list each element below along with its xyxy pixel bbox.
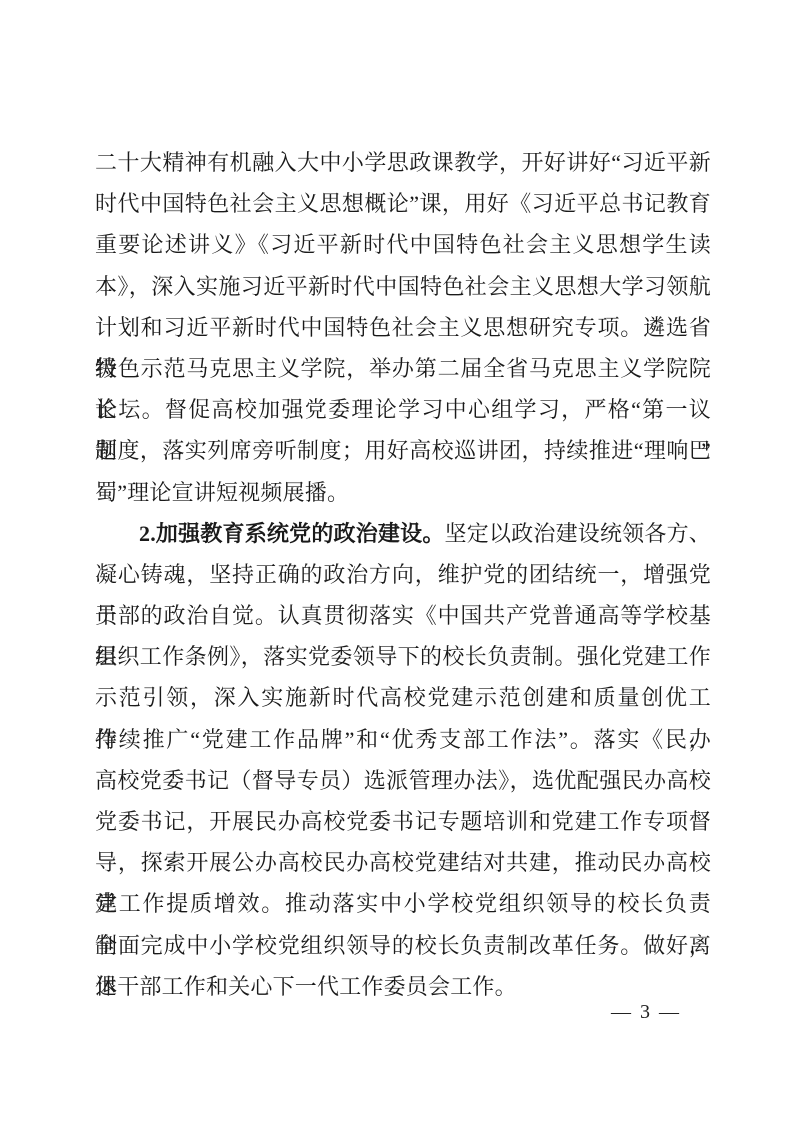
text-line: 2.加强教育系统党的政治建设。坚定以政治建设统领各方、 [95,513,711,554]
text-line: 高校党委书记（督导专员）选派管理办法》，选优配强民办高校 [95,760,711,801]
text-run: 坚定以政治建设统领各方、 [445,521,711,546]
text-line: 论坛。督促高校加强党委理论学习中心组学习，严格“第一议题” [95,389,711,430]
text-line: 二十大精神有机融入大中小学思政课教学，开好讲好“习近平新 [95,142,711,183]
text-line: 蜀”理论宣讲短视频展播。 [95,472,711,513]
text-line: 计划和习近平新时代中国特色社会主义思想研究专项。遴选省级 [95,307,711,348]
text-line: 特色示范马克思主义学院，举办第二届全省马克思主义学院院长 [95,348,711,389]
text-line: 导，探索开展公办高校民办高校党建结对共建，推动民办高校党 [95,842,711,883]
text-line: 持续推广“党建工作品牌”和“优秀支部工作法”。落实《民办 [95,719,711,760]
body-text: 二十大精神有机融入大中小学思政课教学，开好讲好“习近平新 时代中国特色社会主义思… [95,142,711,1007]
text-line: 党委书记，开展民办高校党委书记专题培训和党建工作专项督 [95,801,711,842]
page-number: — 3 — [611,999,681,1025]
text-line: 凝心铸魂，坚持正确的政治方向，维护党的团结统一，增强党员 [95,554,711,595]
section-heading: 2.加强教育系统党的政治建设。 [139,521,445,546]
text-line: 时代中国特色社会主义思想概论”课，用好《习近平总书记教育 [95,183,711,224]
text-line: 重要论述讲义》《习近平新时代中国特色社会主义思想学生读 [95,224,711,265]
text-line: 干部的政治自觉。认真贯彻落实《中国共产党普通高等学校基层 [95,595,711,636]
text-line: 建工作提质增效。推动落实中小学校党组织领导的校长负责制， [95,883,711,924]
text-line: 制度，落实列席旁听制度；用好高校巡讲团，持续推进“理响巴 [95,430,711,471]
text-line: 示范引领，深入实施新时代高校党建示范创建和质量创优工作， [95,677,711,718]
text-line: 组织工作条例》，落实党委领导下的校长负责制。强化党建工作 [95,636,711,677]
document-page: 二十大精神有机融入大中小学思政课教学，开好讲好“习近平新 时代中国特色社会主义思… [0,0,793,1122]
paragraph-1: 二十大精神有机融入大中小学思政课教学，开好讲好“习近平新 时代中国特色社会主义思… [95,142,711,513]
paragraph-2: 2.加强教育系统党的政治建设。坚定以政治建设统领各方、 凝心铸魂，坚持正确的政治… [95,513,711,1007]
text-line: 全面完成中小学校党组织领导的校长负责制改革任务。做好离退 [95,925,711,966]
text-line: 本》，深入实施习近平新时代中国特色社会主义思想大学习领航 [95,266,711,307]
